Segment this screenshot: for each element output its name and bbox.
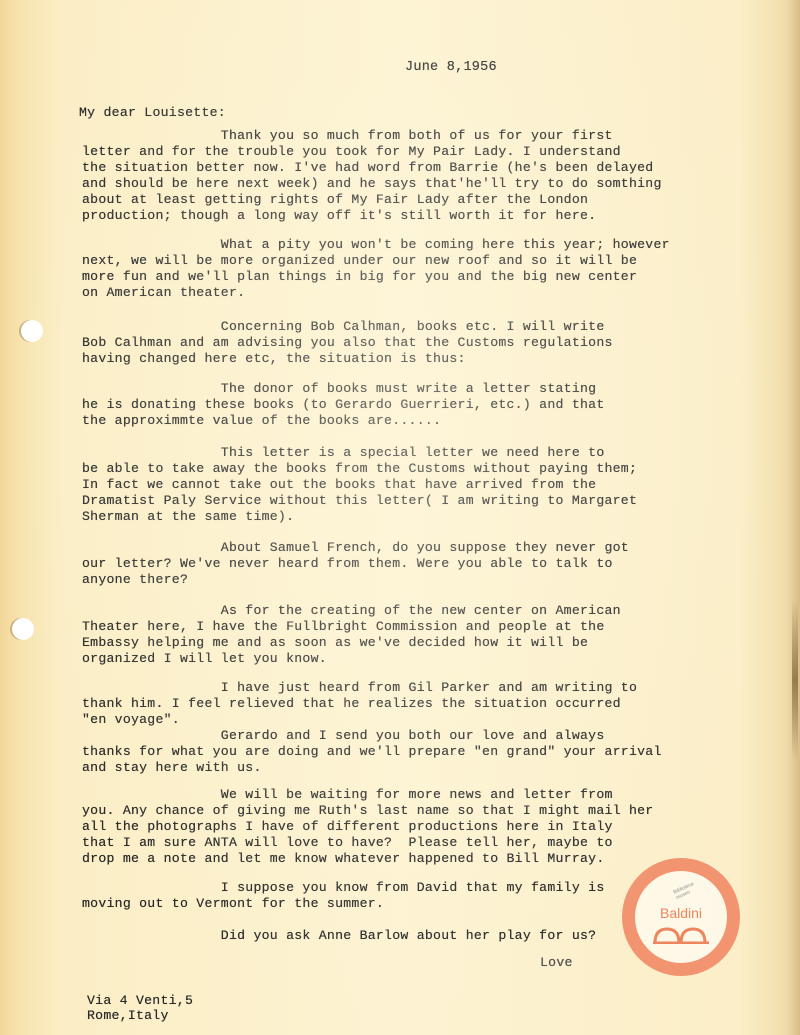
text-line: anyone there?: [82, 572, 188, 587]
text-line: We will be waiting for more news and let…: [82, 787, 613, 802]
text-line: on American theater.: [82, 285, 245, 300]
text-line: and should be here next week) and he say…: [82, 176, 662, 191]
paragraph: I have just heard from Gil Parker and am…: [82, 680, 662, 776]
text-line: the situation better now. I've had word …: [82, 160, 653, 175]
address-line-1: Via 4 Venti,5: [87, 993, 193, 1008]
closing: Love: [540, 955, 573, 971]
text-line: About Samuel French, do you suppose they…: [82, 540, 629, 555]
paragraph: Concerning Bob Calhman, books etc. I wil…: [82, 319, 613, 367]
text-line: be able to take away the books from the …: [82, 461, 637, 476]
text-line: the approximmte value of the books are..…: [82, 413, 441, 428]
text-line: he is donating these books (to Gerardo G…: [82, 397, 604, 412]
text-line: This letter is a special letter we need …: [82, 445, 604, 460]
text-line: Embassy helping me and as soon as we've …: [82, 635, 588, 650]
text-line: I have just heard from Gil Parker and am…: [82, 680, 637, 695]
text-line: I suppose you know from David that my fa…: [82, 880, 604, 895]
text-line: our letter? We've never heard from them.…: [82, 556, 613, 571]
text-line: Concerning Bob Calhman, books etc. I wil…: [82, 319, 604, 334]
text-line: "en voyage".: [82, 712, 180, 727]
paragraph: Thank you so much from both of us for yo…: [82, 128, 662, 224]
text-line: having changed here etc, the situation i…: [82, 351, 466, 366]
text-line: thank him. I feel relieved that he reali…: [82, 696, 621, 711]
text-line: Sherman at the same time).: [82, 509, 294, 524]
text-line: letter and for the trouble you took for …: [82, 144, 621, 159]
text-line: Did you ask Anne Barlow about her play f…: [82, 928, 596, 943]
text-line: What a pity you won't be coming here thi…: [82, 237, 670, 252]
salutation: My dear Louisette:: [79, 105, 226, 121]
punch-hole-icon: [21, 320, 43, 342]
address-line-2: Rome,Italy: [87, 1008, 169, 1023]
text-line: and stay here with us.: [82, 760, 262, 775]
text-line: that I am sure ANTA will love to have? P…: [82, 835, 613, 850]
text-line: Gerardo and I send you both our love and…: [82, 728, 604, 743]
text-line: Dramatist Paly Service without this lett…: [82, 493, 637, 508]
paragraph: What a pity you won't be coming here thi…: [82, 237, 670, 301]
text-line: next, we will be more organized under ou…: [82, 253, 637, 268]
paragraph: I suppose you know from David that my fa…: [82, 880, 604, 912]
text-line: about at least getting rights of My Fair…: [82, 192, 588, 207]
text-line: organized I will let you know.: [82, 651, 327, 666]
text-line: production; though a long way off it's s…: [82, 208, 596, 223]
paragraph: The donor of books must write a letter s…: [82, 381, 604, 429]
paragraph: About Samuel French, do you suppose they…: [82, 540, 629, 588]
text-line: thanks for what you are doing and we'll …: [82, 744, 662, 759]
sender-address: Via 4 Venti,5 Rome,Italy: [87, 993, 193, 1023]
letter-date: June 8,1956: [405, 60, 497, 76]
text-line: you. Any chance of giving me Ruth's last…: [82, 803, 653, 818]
text-line: Thank you so much from both of us for yo…: [82, 128, 613, 143]
stamp-sub-label: Biblioteca museo: [673, 878, 708, 907]
letter-page: June 8,1956 My dear Louisette: Thank you…: [0, 0, 800, 1035]
arches-icon: [653, 926, 709, 944]
punch-hole-icon: [12, 618, 34, 640]
paragraph: Did you ask Anne Barlow about her play f…: [82, 928, 596, 944]
stamp-label: Baldini: [635, 905, 727, 921]
text-line: Bob Calhman and am advising you also tha…: [82, 335, 613, 350]
text-line: The donor of books must write a letter s…: [82, 381, 596, 396]
tape-stain: [792, 600, 798, 760]
text-line: drop me a note and let me know whatever …: [82, 851, 604, 866]
page-edge-shadow: [786, 0, 800, 1035]
paragraph: As for the creating of the new center on…: [82, 603, 621, 667]
paragraph: We will be waiting for more news and let…: [82, 787, 653, 867]
text-line: more fun and we'll plan things in big fo…: [82, 269, 637, 284]
text-line: Theater here, I have the Fullbright Comm…: [82, 619, 604, 634]
text-line: all the photographs I have of different …: [82, 819, 613, 834]
paragraph: This letter is a special letter we need …: [82, 445, 637, 525]
text-line: As for the creating of the new center on…: [82, 603, 621, 618]
text-line: moving out to Vermont for the summer.: [82, 896, 384, 911]
library-stamp: Biblioteca museo Baldini: [622, 858, 740, 976]
text-line: In fact we cannot take out the books tha…: [82, 477, 596, 492]
